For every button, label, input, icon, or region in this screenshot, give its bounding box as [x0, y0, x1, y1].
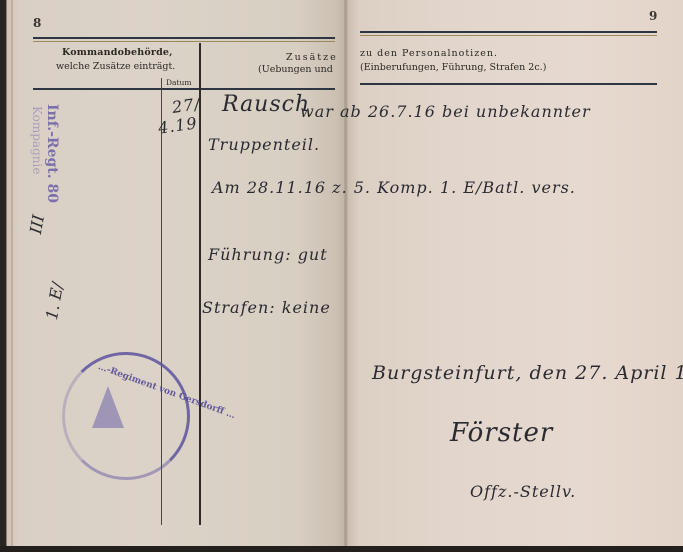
- handwritten-margin-note-1: III: [26, 213, 48, 235]
- header-authority-line2: welche Zusätze einträgt.: [56, 61, 175, 72]
- book-gutter: [344, 0, 348, 546]
- unit-stamp-vertical: Inf.-Regt. 80: [44, 104, 60, 203]
- header-bottom-rule-right: [360, 83, 657, 85]
- header-additions-line2: (Uebungen und: [258, 64, 333, 75]
- place-and-date: Burgsteinfurt, den 27. April 19.: [372, 362, 683, 384]
- header-top-rule-left-thin: [33, 41, 335, 42]
- header-top-rule-right-thin: [360, 35, 657, 36]
- entry-2: Truppenteil.: [208, 135, 320, 154]
- header-date: Datum: [166, 78, 191, 87]
- header-top-rule-left: [33, 37, 335, 39]
- header-additions-line1: Zusätze: [286, 52, 338, 63]
- header-authority-line1: Kommandobehörde,: [62, 47, 173, 58]
- page-number-right: 9: [649, 9, 657, 23]
- entry-date-line1: 27/: [171, 94, 202, 117]
- entry-3-left: Am 28.11.16 z. 5. Komp.: [212, 178, 434, 197]
- header-top-rule-right: [360, 31, 657, 33]
- entry-conduct: Führung: gut: [208, 245, 328, 264]
- seal-emblem-icon: [92, 386, 124, 428]
- book-bottom-edge: [0, 546, 683, 552]
- signature: Förster: [450, 418, 553, 448]
- signature-rank: Offz.-Stellv.: [470, 482, 576, 501]
- header-personal-notes-line2: (Einberufungen, Führung, Strafen 2c.): [360, 62, 546, 73]
- unit-stamp-vertical-line2: Kompagnie: [30, 106, 44, 174]
- entry-punishments: Strafen: keine: [202, 298, 331, 317]
- entry-1-right: war ab 26.7.16 bei unbekannter: [300, 102, 591, 121]
- header-personal-notes-line1: zu den Personalnotizen.: [360, 48, 498, 59]
- header-bottom-rule-left: [33, 88, 335, 90]
- entry-1-left: Rausch: [222, 92, 310, 117]
- page-number-left: 8: [33, 16, 41, 30]
- entry-3-right: 1. E/Batl. vers.: [440, 178, 576, 197]
- right-page: [346, 0, 683, 546]
- open-book: 8 9 Kommandobehörde, welche Zusätze eint…: [0, 0, 683, 546]
- column-divider-main: [199, 43, 201, 525]
